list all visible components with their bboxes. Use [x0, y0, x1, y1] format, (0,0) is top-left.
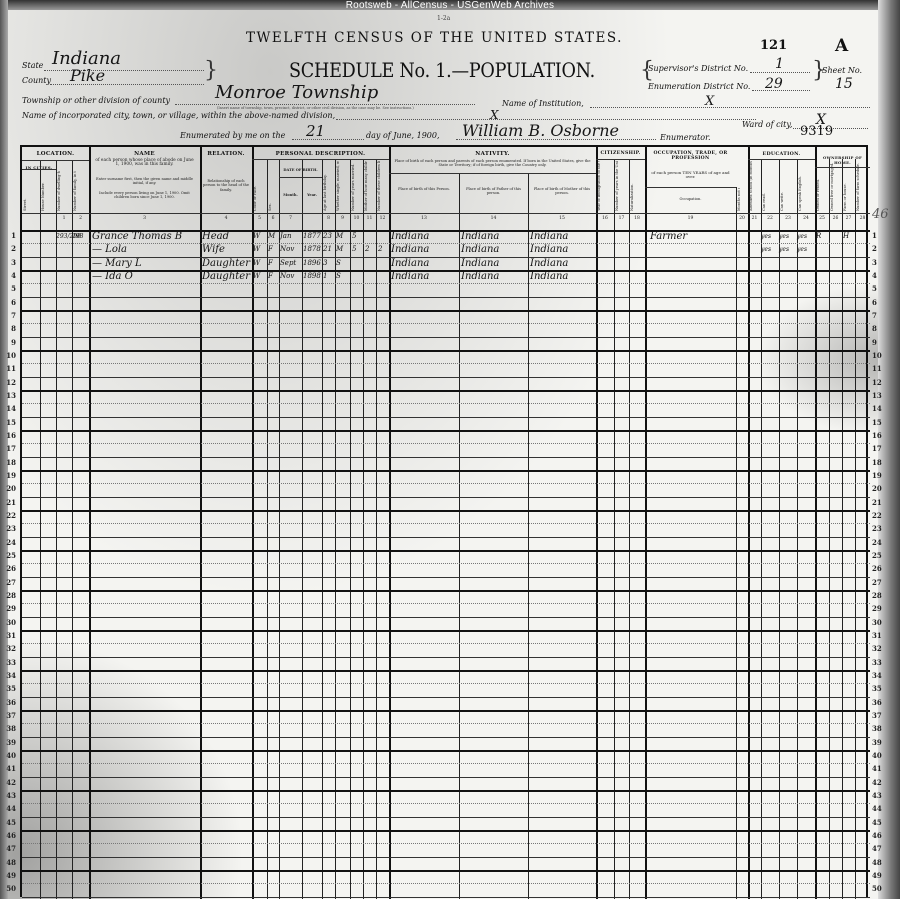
group-personal-description: PERSONAL DESCRIPTION. [252, 151, 389, 157]
line-number-left: 32 [2, 644, 16, 653]
line-number-right: 39 [872, 738, 886, 747]
row-divider [22, 670, 870, 672]
line-number-left: 36 [2, 698, 16, 707]
row-divider [22, 870, 870, 872]
column-header-family-number: Number of family, in the order of visita… [73, 171, 88, 211]
line-number-left: 11 [2, 364, 16, 373]
line-number-right: 11 [872, 364, 886, 373]
row-divider [22, 697, 870, 698]
enumerated-suffix: day of June, 1900, [366, 131, 440, 140]
row-divider [22, 323, 870, 324]
state-line [44, 70, 204, 71]
supervisor-value: 1 [775, 56, 784, 72]
margin-note: 46 [872, 207, 889, 222]
line-number-left: 19 [2, 471, 16, 480]
enumerator-name: William B. Osborne [462, 121, 619, 140]
line-number-right: 38 [872, 724, 886, 733]
column-header-dwelling-number: Number of dwelling-house, in the order o… [57, 171, 71, 211]
cell-year: 1877 [303, 230, 323, 243]
row-divider [22, 497, 870, 498]
cell-marital: S [336, 257, 350, 270]
row-divider [22, 617, 870, 618]
line-number-right: 3 [872, 258, 886, 267]
cell-birth-father: Indiana [461, 230, 528, 243]
group-location: LOCATION. [22, 151, 89, 157]
column-number: 9 [335, 216, 350, 221]
cell-mother-of: 2 [365, 243, 376, 256]
line-number-left: 48 [2, 858, 16, 867]
cell-birth-mother: Indiana [530, 230, 596, 243]
cell-relation: Wife [202, 243, 252, 256]
line-number-left: 42 [2, 778, 16, 787]
row-divider [22, 883, 870, 884]
cell-write: yes [779, 230, 797, 243]
line-number-left: 18 [2, 458, 16, 467]
column-header-owned-rented: Owned or rented. [816, 161, 828, 211]
line-number-left: 13 [2, 391, 16, 400]
column-number: 28 [855, 216, 870, 221]
row-divider [22, 590, 870, 592]
line-number-left: 2 [2, 244, 16, 253]
sheet-label: Sheet No. [822, 66, 862, 75]
column-header-street: Street. [23, 171, 39, 211]
relation-instructions: Relationship of each person to the head … [203, 179, 249, 192]
cell-dwelling: 293/296 [56, 230, 72, 243]
cell-color: W [253, 230, 267, 243]
line-number-right: 9 [872, 338, 886, 347]
line-number-right: 7 [872, 311, 886, 320]
cell-color: W [253, 243, 267, 256]
name-instructions-2: Enter surname first, then the given name… [94, 177, 195, 186]
column-number: 4 [200, 216, 252, 221]
date-of-birth-header: DATE OF BIRTH. [279, 168, 322, 172]
row-divider [22, 777, 870, 778]
line-number-left: 26 [2, 564, 16, 573]
row-divider [22, 417, 870, 418]
cell-color: W [253, 270, 267, 283]
cell-sex: M [268, 230, 280, 243]
table-row: — Mary LDaughterWFSept18963SIndianaIndia… [22, 257, 870, 270]
cell-age: 21 [323, 243, 335, 256]
row-divider [22, 803, 870, 804]
occupation-instructions: of each person TEN YEARS of age and over… [650, 171, 731, 180]
county-label: County [22, 76, 51, 85]
institution-value: X [705, 94, 714, 109]
brace: } [204, 58, 218, 83]
column-header-mother-of: Mother of how many children. [364, 161, 375, 211]
group-citizenship: CITIZENSHIP. [596, 151, 645, 156]
line-number-left: 5 [2, 284, 16, 293]
census-page: Rootsweb - AllCensus - USGenWeb Archives… [0, 0, 900, 899]
line-number-left: 50 [2, 884, 16, 893]
sheet-letter: A [835, 36, 848, 56]
cell-name: Grance Thomas B [92, 230, 200, 243]
cell-birth-mother: Indiana [530, 243, 596, 256]
row-divider [22, 763, 870, 764]
cell-relation: Daughter [202, 270, 252, 283]
row-divider [22, 843, 870, 844]
cell-living: 2 [378, 243, 389, 256]
column-number: 2 [72, 216, 89, 221]
column-number: 22 [761, 216, 779, 221]
column-header-children-living: Number of these children living. [377, 161, 388, 211]
cell-birth-mother: Indiana [530, 270, 596, 283]
cell-marital: M [336, 243, 350, 256]
line-number-right: 22 [872, 511, 886, 520]
city-line [336, 119, 756, 120]
column-header-months-unemployed: Months not employed. [737, 188, 747, 211]
cell-relation: Head [202, 230, 252, 243]
township-label: Township or other division of county [22, 96, 170, 105]
line-number-right: 26 [872, 564, 886, 573]
column-number: 25 [815, 216, 829, 221]
cell-sex: F [268, 270, 280, 283]
row-divider [22, 897, 870, 898]
column-number: 15 [528, 216, 596, 221]
column-number: 23 [779, 216, 797, 221]
day-line [292, 139, 364, 140]
line-number-right: 27 [872, 578, 886, 587]
archive-watermark: Rootsweb - AllCensus - USGenWeb Archives [0, 0, 900, 11]
line-number-right: 36 [872, 698, 886, 707]
line-number-right: 48 [872, 858, 886, 867]
institution-label: Name of Institution, [502, 99, 584, 108]
line-number-left: 30 [2, 618, 16, 627]
line-number-right: 25 [872, 551, 886, 560]
column-header-house-number: House Number. [41, 171, 55, 211]
population-schedule-table: LOCATION. IN CITIES. NAME of each person… [20, 145, 868, 897]
line-number-left: 20 [2, 484, 16, 493]
row-divider [22, 430, 870, 432]
row-divider [22, 683, 870, 684]
line-number-right: 28 [872, 591, 886, 600]
line-number-right: 29 [872, 604, 886, 613]
column-number: 17 [614, 216, 629, 221]
line-number-left: 45 [2, 818, 16, 827]
cell-farm: H [843, 230, 855, 243]
enumerated-prefix: Enumerated by me on the [180, 131, 285, 140]
row-divider [22, 750, 870, 752]
row-divider [22, 817, 870, 818]
column-header-immigration-year: Year of immigration to the United States… [597, 161, 613, 211]
column-header-farm-house: Farm or house. [843, 161, 854, 211]
cell-birth-father: Indiana [461, 270, 528, 283]
column-number: 7 [279, 216, 302, 221]
line-number-left: 46 [2, 831, 16, 840]
column-header-sex: Sex. [268, 161, 278, 211]
township-note: (Insert name of township, town, precinct… [217, 106, 414, 110]
group-education: EDUCATION. [748, 151, 815, 157]
column-number: 27 [842, 216, 855, 221]
line-number-right: 20 [872, 484, 886, 493]
line-number-right: 2 [872, 244, 886, 253]
column-number: 20 [736, 216, 748, 221]
cell-month: Nov [280, 243, 302, 256]
line-number-right: 32 [872, 644, 886, 653]
row-divider [22, 169, 56, 170]
line-number-left: 21 [2, 498, 16, 507]
cell-read: yes [761, 243, 779, 256]
cell-year: 1878 [303, 243, 323, 256]
line-number-right: 4 [872, 271, 886, 280]
column-number: 19 [645, 216, 736, 221]
line-number-right: 30 [872, 618, 886, 627]
column-number: 10 [350, 216, 363, 221]
township-value: Monroe Township [215, 82, 378, 103]
row-divider [596, 159, 645, 160]
line-number-left: 23 [2, 524, 16, 533]
line-number-right: 43 [872, 791, 886, 800]
line-number-left: 17 [2, 444, 16, 453]
row-divider [22, 523, 870, 524]
column-number: 14 [459, 216, 528, 221]
table-row: — LolaWifeWFNov187821M522IndianaIndianaI… [22, 243, 870, 256]
column-header-birth-month: Month. [280, 193, 301, 201]
cell-marital: S [336, 270, 350, 283]
row-divider [22, 537, 870, 538]
cell-birth-person: Indiana [391, 270, 459, 283]
row-divider [22, 790, 870, 792]
column-divider [736, 187, 737, 899]
cell-read: yes [761, 230, 779, 243]
line-number-right: 16 [872, 431, 886, 440]
column-header-speaks-english: Can speak English. [798, 161, 814, 211]
column-header-years-married: Number of years married. [351, 161, 362, 211]
row-divider [22, 550, 870, 552]
row-divider [22, 160, 89, 161]
row-divider [22, 403, 870, 404]
row-divider [645, 187, 736, 188]
cell-birth-father: Indiana [461, 243, 528, 256]
column-header-can-write: Can write. [780, 161, 796, 211]
name-instructions: of each person whose place of abode on J… [94, 159, 195, 168]
cell-color: W [253, 257, 267, 270]
line-number-left: 25 [2, 551, 16, 560]
group-nativity: NATIVITY. [389, 151, 596, 157]
column-number: 13 [389, 216, 459, 221]
line-number-right: 37 [872, 711, 886, 720]
line-number-right: 24 [872, 538, 886, 547]
row-divider [22, 830, 870, 832]
cell-birth-person: Indiana [391, 243, 459, 256]
row-divider [815, 167, 870, 168]
line-number-left: 29 [2, 604, 16, 613]
cell-age: 1 [323, 270, 335, 283]
cell-birth-mother: Indiana [530, 257, 596, 270]
row-divider [748, 159, 815, 160]
row-divider [22, 737, 870, 738]
county-value: Pike [70, 66, 105, 85]
cell-relation: Daughter [202, 257, 252, 270]
line-number-right: 35 [872, 684, 886, 693]
enumerator-label: Enumerator. [660, 133, 711, 142]
census-title: TWELFTH CENSUS OF THE UNITED STATES. [246, 30, 623, 46]
column-number: 24 [797, 216, 815, 221]
row-divider [22, 630, 870, 632]
cell-years-married: 5 [352, 230, 363, 243]
line-number-right: 17 [872, 444, 886, 453]
line-number-left: 38 [2, 724, 16, 733]
row-divider [22, 213, 870, 214]
row-divider [22, 377, 870, 378]
column-header-marital-status: Whether single, married, widowed, or div… [336, 161, 349, 211]
group-relation: RELATION. [200, 151, 252, 157]
row-divider [22, 710, 870, 712]
row-divider [22, 723, 870, 724]
supervisor-line [750, 72, 810, 73]
line-number-left: 12 [2, 378, 16, 387]
line-number-left: 15 [2, 418, 16, 427]
column-header-years-in-us: Number of years in the United States. [615, 161, 628, 211]
line-number-left: 8 [2, 324, 16, 333]
line-number-right: 46 [872, 831, 886, 840]
line-number-right: 47 [872, 844, 886, 853]
column-number: 5 [252, 216, 267, 221]
line-number-right: 42 [872, 778, 886, 787]
table-row: — Ida ODaughterWFNov18981SIndianaIndiana… [22, 270, 870, 283]
line-number-right: 1 [872, 231, 886, 240]
line-number-left: 27 [2, 578, 16, 587]
line-number-right: 45 [872, 818, 886, 827]
line-number-left: 34 [2, 671, 16, 680]
line-number-right: 21 [872, 498, 886, 507]
line-number-left: 44 [2, 804, 16, 813]
line-number-right: 8 [872, 324, 886, 333]
cell-name: — Ida O [92, 270, 200, 283]
row-divider [22, 457, 870, 458]
line-number-right: 41 [872, 764, 886, 773]
cell-speak: yes [797, 243, 815, 256]
supervisor-label: Supervisor's District No. [648, 64, 748, 73]
line-number-left: 28 [2, 591, 16, 600]
cell-sex: F [268, 243, 280, 256]
line-number-left: 43 [2, 791, 16, 800]
city-label: Name of incorporated city, town, or vill… [22, 111, 335, 120]
ward-label: Ward of city, [742, 120, 792, 129]
cell-birth-person: Indiana [391, 257, 459, 270]
column-header-birthplace-person: Place of birth of this Person. [392, 187, 456, 191]
enumerated-day: 21 [306, 122, 325, 140]
line-number-left: 24 [2, 538, 16, 547]
row-divider [22, 350, 870, 352]
column-number: 12 [376, 216, 389, 221]
row-divider [389, 173, 596, 174]
row-divider [22, 310, 870, 312]
city-value: X [490, 108, 499, 122]
nativity-instructions: Place of birth of each person and parent… [394, 159, 591, 168]
cell-name: — Lola [92, 243, 200, 256]
line-number-left: 9 [2, 338, 16, 347]
column-header-occupation: Occupation. [648, 197, 733, 201]
line-number-right: 18 [872, 458, 886, 467]
cell-write: yes [779, 243, 797, 256]
cell-birth-person: Indiana [391, 230, 459, 243]
institution-line [590, 107, 870, 108]
line-number-left: 3 [2, 258, 16, 267]
extra-number: 9319 [800, 124, 833, 139]
line-number-left: 22 [2, 511, 16, 520]
line-number-left: 10 [2, 351, 16, 360]
column-header-naturalization: Naturalization. [630, 161, 644, 211]
column-header-attended-school: Attended school (in months). [749, 161, 760, 211]
form-number: 1-2a [437, 15, 450, 22]
column-header-farm-schedule-number: Number of farm schedule. [856, 161, 869, 211]
row-divider [22, 577, 870, 578]
line-number-right: 33 [872, 658, 886, 667]
row-divider [22, 470, 870, 472]
column-number: 11 [363, 216, 376, 221]
line-number-right: 6 [872, 298, 886, 307]
line-number-left: 4 [2, 271, 16, 280]
cell-speak: yes [797, 230, 815, 243]
line-number-left: 35 [2, 684, 16, 693]
row-divider [252, 159, 389, 160]
row-divider [22, 563, 870, 564]
state-label: State [22, 61, 43, 70]
column-header-birth-year: Year. [303, 193, 321, 201]
page-number: 121 [760, 38, 787, 53]
cell-family: 298 [72, 230, 89, 243]
township-line [175, 104, 475, 105]
table-row: 293/296298Grance Thomas BHeadWMJan187723… [22, 230, 870, 243]
schedule-title: SCHEDULE No. 1.—POPULATION. [289, 58, 595, 82]
cell-month: Jan [280, 230, 302, 243]
column-header-birthplace-father: Place of birth of Father of this person. [462, 187, 525, 196]
cell-birth-father: Indiana [461, 257, 528, 270]
line-number-left: 7 [2, 311, 16, 320]
line-number-left: 31 [2, 631, 16, 640]
line-number-right: 10 [872, 351, 886, 360]
cell-month: Sept [280, 257, 302, 270]
cell-occupation: Farmer [650, 230, 736, 243]
line-number-left: 37 [2, 711, 16, 720]
line-number-right: 15 [872, 418, 886, 427]
line-number-left: 40 [2, 751, 16, 760]
cell-month: Nov [280, 270, 302, 283]
enumeration-value: 29 [765, 76, 783, 92]
row-divider [22, 390, 870, 392]
cell-marital: M [336, 230, 350, 243]
cell-year: 1898 [303, 270, 323, 283]
line-number-right: 23 [872, 524, 886, 533]
line-number-left: 16 [2, 431, 16, 440]
row-divider [22, 297, 870, 298]
row-divider [22, 657, 870, 658]
line-number-left: 1 [2, 231, 16, 240]
column-number: 6 [267, 216, 279, 221]
line-number-left: 39 [2, 738, 16, 747]
line-number-right: 40 [872, 751, 886, 760]
row-divider [22, 857, 870, 858]
line-number-left: 47 [2, 844, 16, 853]
column-number: 3 [89, 216, 200, 221]
column-number: 16 [596, 216, 614, 221]
line-number-left: 41 [2, 764, 16, 773]
sheet-value: 15 [835, 76, 853, 92]
row-divider [22, 363, 870, 364]
line-number-left: 14 [2, 404, 16, 413]
column-header-can-read: Can read. [762, 161, 778, 211]
row-divider [22, 510, 870, 512]
column-header-birthplace-mother: Place of birth of Mother of this person. [531, 187, 593, 196]
column-number: 1 [56, 216, 72, 221]
line-number-right: 34 [872, 671, 886, 680]
row-divider [22, 443, 870, 444]
line-number-left: 33 [2, 658, 16, 667]
row-divider [279, 177, 322, 178]
group-name: NAME [89, 151, 200, 157]
line-number-right: 12 [872, 378, 886, 387]
